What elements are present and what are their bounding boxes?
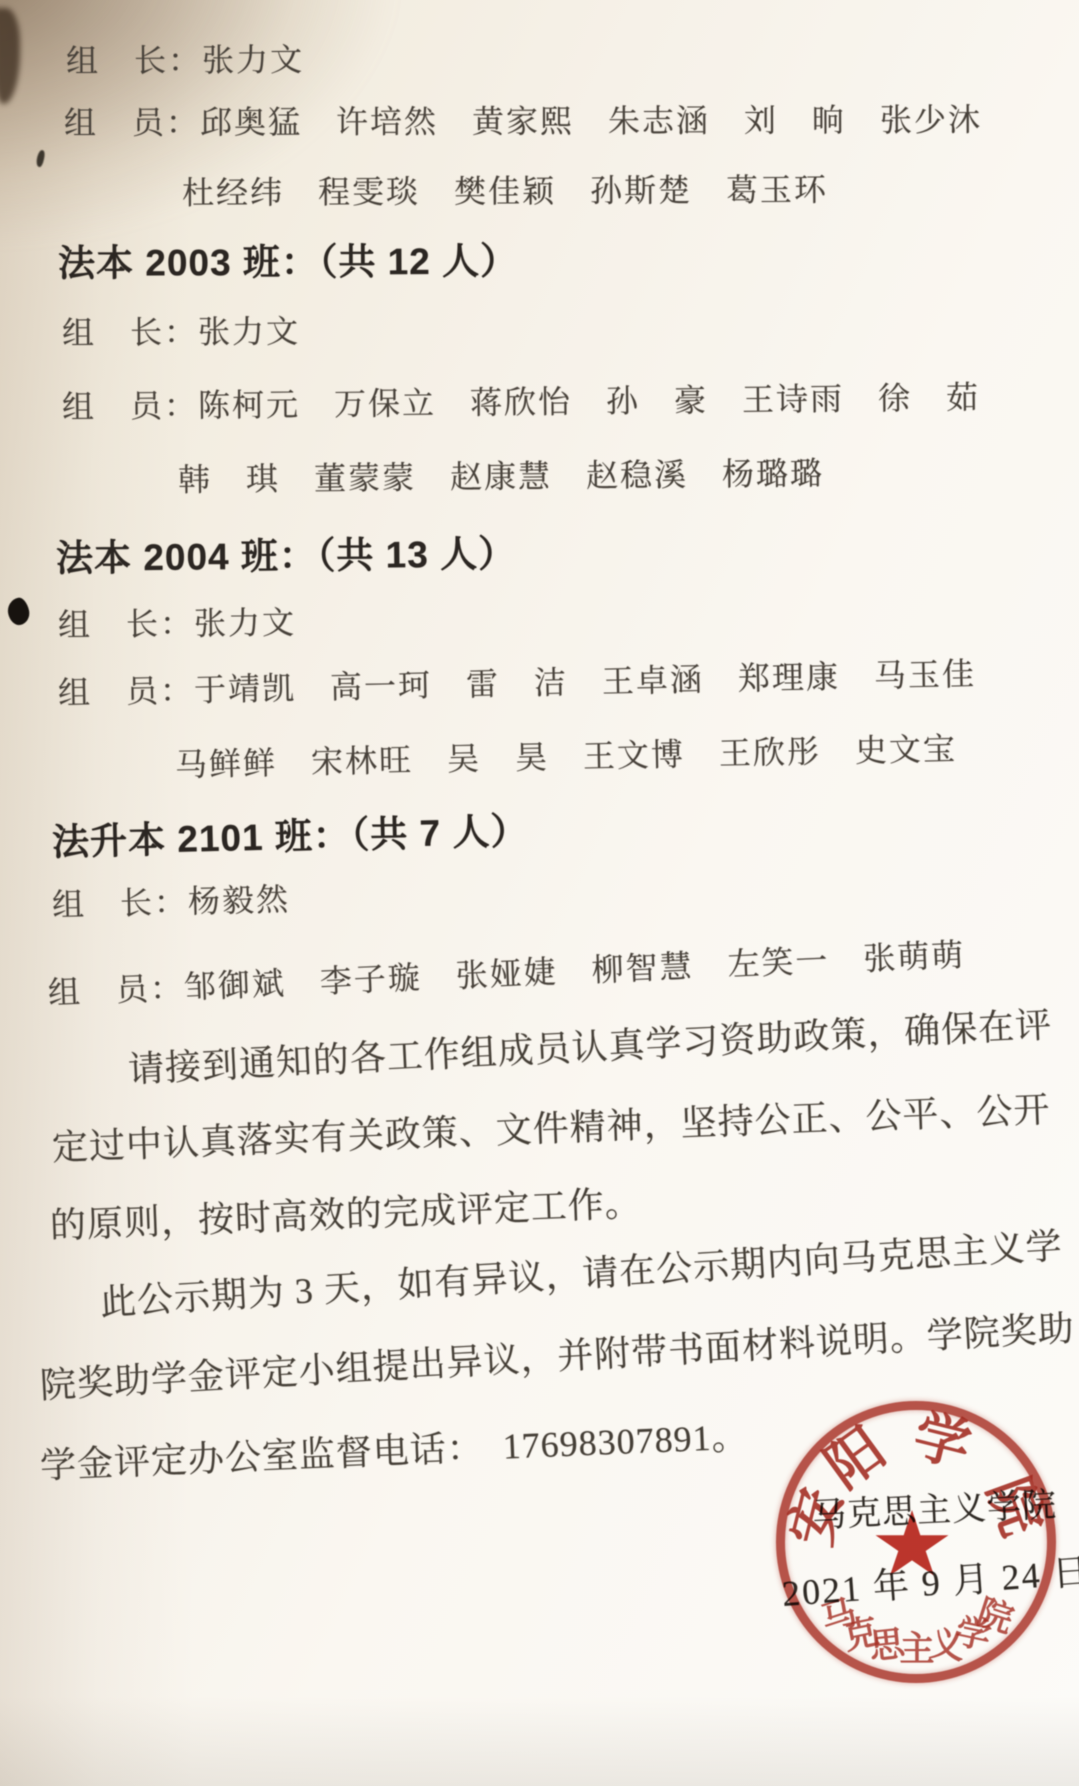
document-page: 组 长：张力文 组 员：邱奥猛 许培然 黄家熙 朱志涵 刘 晌 张少沐 杜经纬 … [0,0,1079,1786]
official-seal: 安 阳 学 院 马 克 思 主 义 学 院 [0,0,1079,1786]
